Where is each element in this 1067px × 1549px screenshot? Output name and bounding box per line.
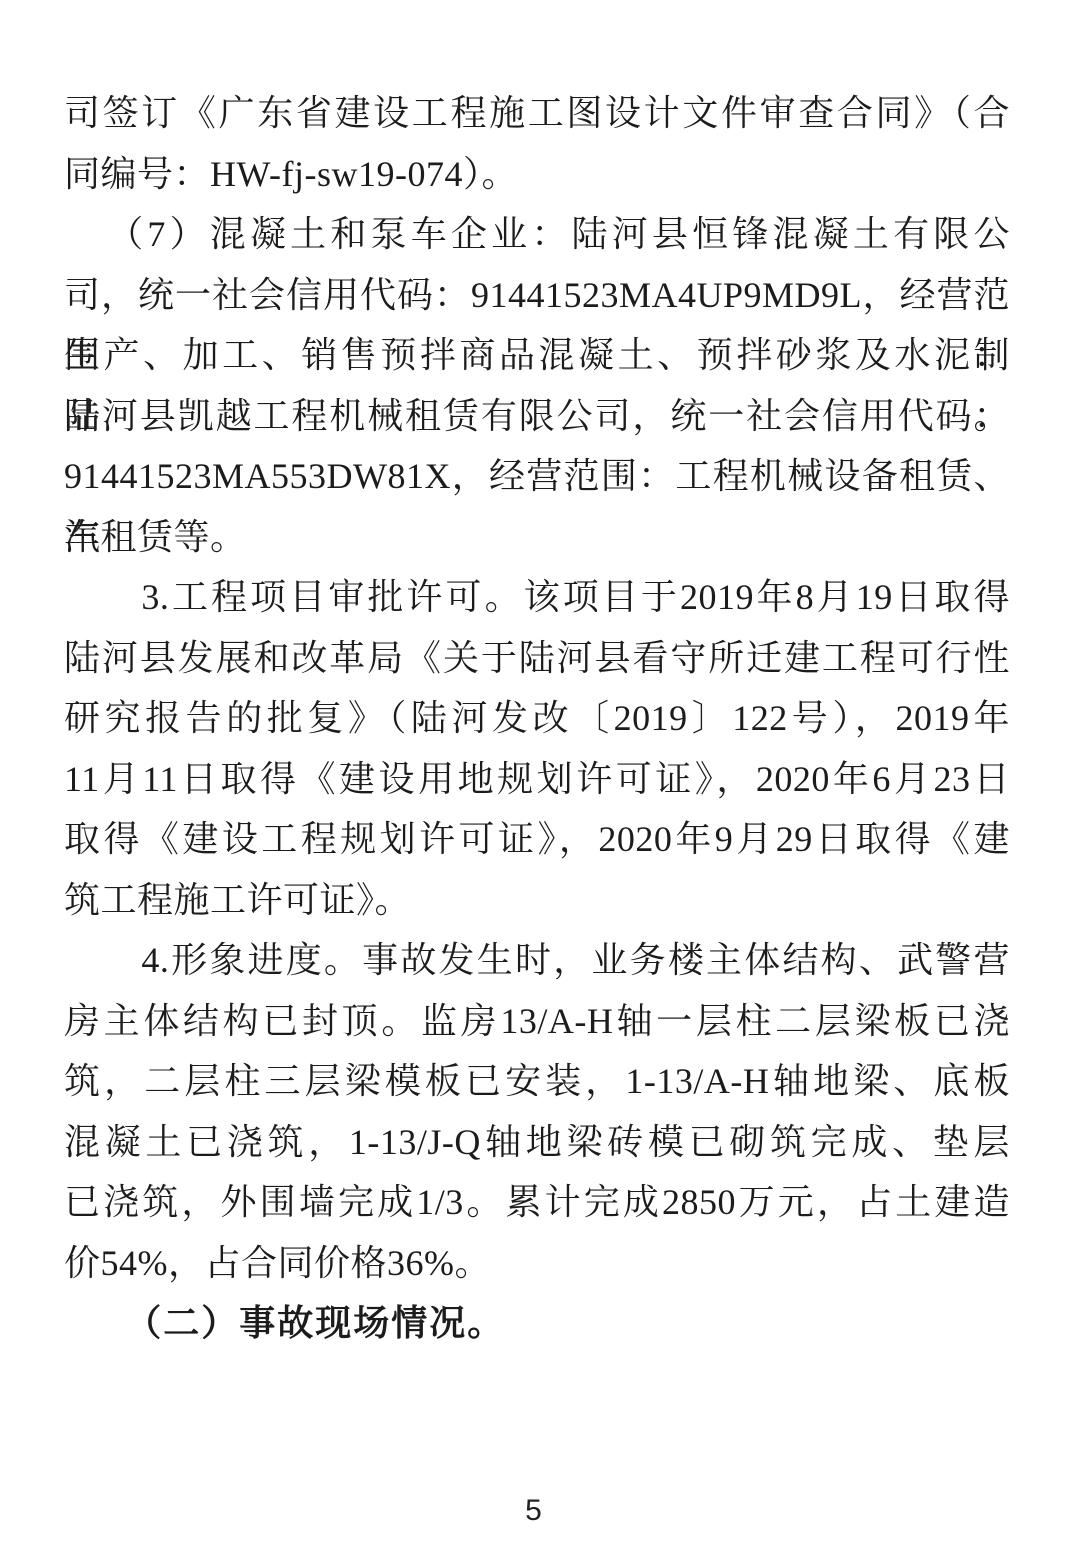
body-line: 陆河县凯越工程机械租赁有限公司，统一社会信用代码：: [64, 386, 1010, 447]
body-line: 混凝土已浇筑，1-13/J-Q轴地梁砖模已砌筑完成、垫层: [64, 1112, 1010, 1173]
body-line: （7）混凝土和泵车企业：陆河县恒锋混凝土有限公: [64, 204, 1010, 265]
body-line: 司签订《广东省建设工程施工图设计文件审查合同》（合: [64, 83, 1010, 144]
body-line: 房主体结构已封顶。监房13/A-H轴一层柱二层梁板已浇: [64, 991, 1010, 1052]
page-footer: 5: [0, 1494, 1067, 1528]
body-line: 3.工程项目审批许可。该项目于2019年8月19日取得: [64, 567, 1010, 628]
body-line: 11月11日取得《建设用地规划许可证》，2020年6月23日: [64, 749, 1010, 810]
body-line: 已浇筑，外围墙完成1/3。累计完成2850万元，占土建造: [64, 1172, 1010, 1233]
body-line: 筑工程施工许可证》。: [64, 870, 1010, 931]
body-line: 取得《建设工程规划许可证》，2020年9月29日取得《建: [64, 809, 1010, 870]
body-line: 筑，二层柱三层梁模板已安装，1-13/A-H轴地梁、底板: [64, 1051, 1010, 1112]
body-line: 4.形象进度。事故发生时，业务楼主体结构、武警营: [64, 930, 1010, 991]
body-line: 91441523MA553DW81X，经营范围：工程机械设备租赁、汽: [64, 446, 1010, 507]
body-line: 司，统一社会信用代码：91441523MA4UP9MD9L，经营范围：: [64, 265, 1010, 326]
body-line: 生产、加工、销售预拌商品混凝土、预拌砂浆及水泥制品。: [64, 325, 1010, 386]
body-line: 陆河县发展和改革局《关于陆河县看守所迁建工程可行性: [64, 628, 1010, 689]
document-body: 司签订《广东省建设工程施工图设计文件审查合同》（合 同编号：HW-fj-sw19…: [64, 83, 1010, 1354]
body-line: 价54%，占合同价格36%。: [64, 1233, 1010, 1294]
body-line: 车租赁等。: [64, 507, 1010, 568]
document-page: 司签订《广东省建设工程施工图设计文件审查合同》（合 同编号：HW-fj-sw19…: [0, 0, 1067, 1549]
page-number: 5: [525, 1494, 542, 1527]
body-line: 研究报告的批复》（陆河发改〔2019〕122号），2019年: [64, 688, 1010, 749]
body-line: 同编号：HW-fj-sw19-074）。: [64, 144, 1010, 205]
section-heading: （二）事故现场情况。: [64, 1293, 1010, 1354]
